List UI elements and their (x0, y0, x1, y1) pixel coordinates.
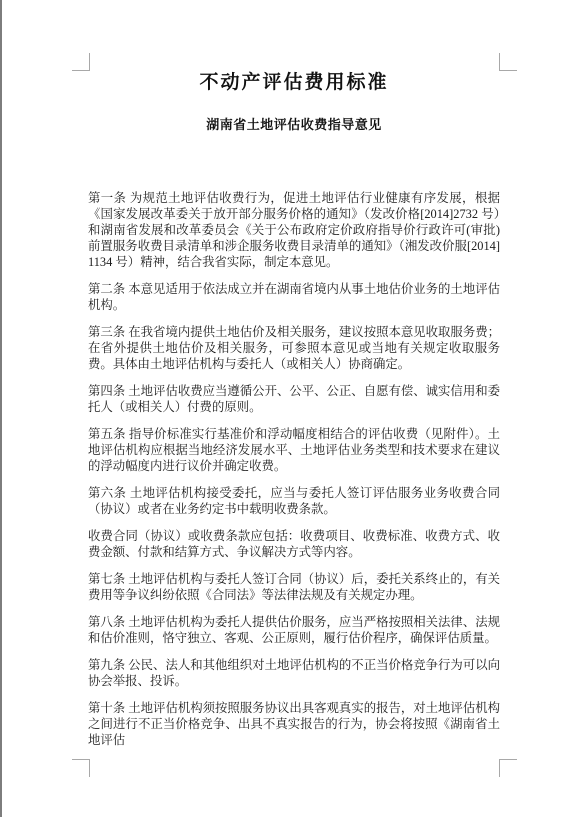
paragraph: 第二条 本意见适用于依法成立并在湖南省境内从事土地估价业务的土地评估机构。 (88, 281, 500, 313)
margin-crop-mark-bottom-right (499, 759, 517, 777)
document-title: 不动产评估费用标准 (88, 70, 500, 96)
paragraph: 第四条 土地评估收费应当遵循公开、公平、公正、自愿有偿、诚实信用和委托人（或相关… (88, 383, 500, 415)
document-content: 不动产评估费用标准 湖南省土地评估收费指导意见 第一条 为规范土地评估收费行为，… (88, 70, 500, 748)
paragraph: 收费合同（协议）或收费条款应包括：收费项目、收费标准、收费方式、收费金额、付款和… (88, 528, 500, 560)
document-body: 第一条 为规范土地评估收费行为，促进土地评估行业健康有序发展，根据《国家发展改革… (88, 190, 500, 748)
paragraph: 第七条 土地评估机构与委托人签订合同（协议）后，委托关系终止的，有关费用等争议纠… (88, 571, 500, 603)
paragraph: 第一条 为规范土地评估收费行为，促进土地评估行业健康有序发展，根据《国家发展改革… (88, 190, 500, 270)
document-page: 不动产评估费用标准 湖南省土地评估收费指导意见 第一条 为规范土地评估收费行为，… (0, 0, 588, 817)
paragraph: 第六条 土地评估机构接受委托，应当与委托人签订评估服务业务收费合同（协议）或者在… (88, 485, 500, 517)
paragraph: 第三条 在我省境内提供土地估价及相关服务，建议按照本意见收取服务费；在省外提供土… (88, 324, 500, 372)
margin-crop-mark-bottom-left (72, 759, 90, 777)
paragraph: 第十条 土地评估机构须按照服务协议出具客观真实的报告，对土地评估机构之间进行不正… (88, 700, 500, 748)
paragraph: 第五条 指导价标准实行基准价和浮动幅度相结合的评估收费（见附件）。土地评估机构应… (88, 426, 500, 474)
page-left-edge (0, 0, 2, 817)
document-subtitle: 湖南省土地评估收费指导意见 (88, 116, 500, 133)
margin-crop-mark-top-left (72, 53, 90, 71)
paragraph: 第九条 公民、法人和其他组织对土地评估机构的不正当价格竞争行为可以向协会举报、投… (88, 657, 500, 689)
paragraph: 第八条 土地评估机构为委托人提供估价服务，应当严格按照相关法律、法规和估价准则，… (88, 614, 500, 646)
margin-crop-mark-top-right (499, 53, 517, 71)
